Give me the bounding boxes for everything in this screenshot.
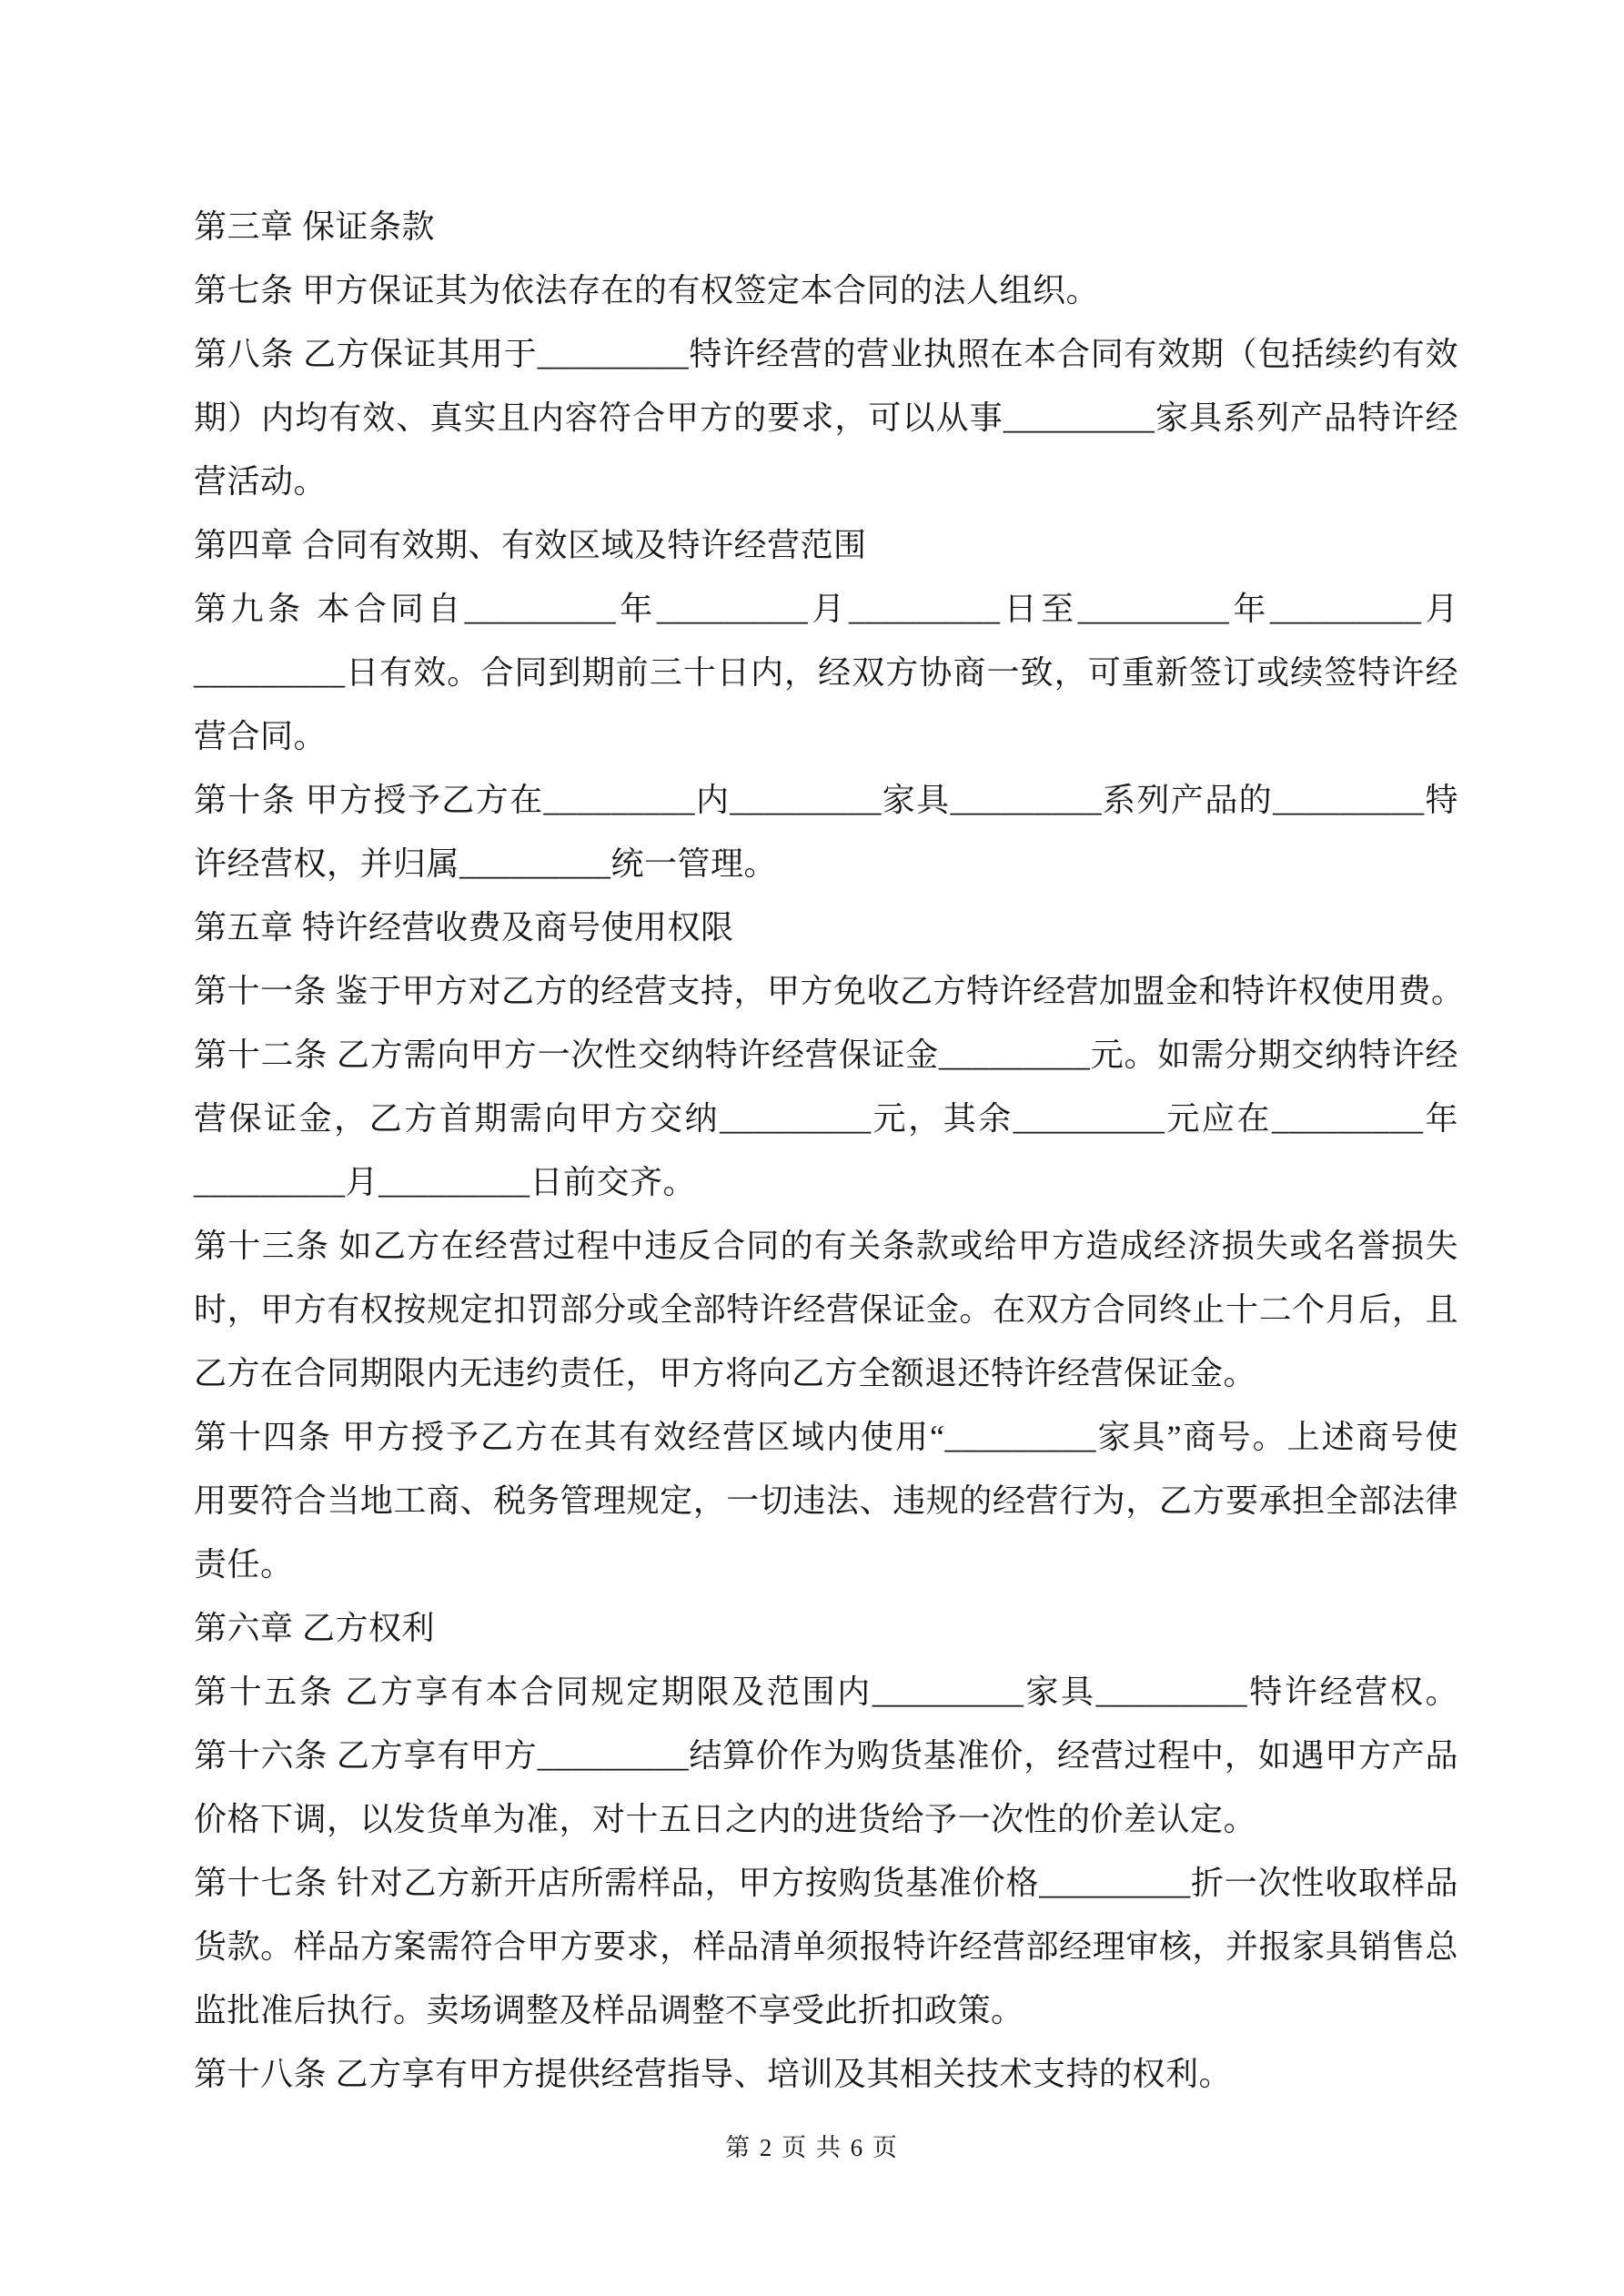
clause-line: 第十八条 乙方享有甲方提供经营指导、培训及其相关技术支持的权利。 — [194, 2042, 1458, 2106]
clause-line: 责任。 — [194, 1532, 1458, 1596]
clause-line: 货款。样品方案需符合甲方要求，样品清单须报特许经营部经理审核，并报家具销售总 — [194, 1915, 1458, 1978]
clause-line: 第十三条 如乙方在经营过程中违反合同的有关条款或给甲方造成经济损失或名誉损失 — [194, 1214, 1458, 1278]
clause-line: 第十七条 针对乙方新开店所需样品，甲方按购货基准价格_________折一次性收… — [194, 1851, 1458, 1915]
clause-line: 营活动。 — [194, 450, 1458, 513]
clause-line: 价格下调，以发货单为准，对十五日之内的进货给予一次性的价差认定。 — [194, 1787, 1458, 1851]
chapter-heading: 第三章 保证条款 — [194, 195, 1458, 258]
clause-line: 第九条 本合同自_________年_________月_________日至_… — [194, 577, 1458, 641]
clause-line: 时，甲方有权按规定扣罚部分或全部特许经营保证金。在双方合同终止十二个月后，且 — [194, 1278, 1458, 1341]
chapter-heading: 第四章 合同有效期、有效区域及特许经营范围 — [194, 513, 1458, 577]
clause-line: 第十一条 鉴于甲方对乙方的经营支持，甲方免收乙方特许经营加盟金和特许权使用费。 — [194, 959, 1458, 1023]
clause-line: 用要符合当地工商、税务管理规定，一切违法、违规的经营行为，乙方要承担全部法律 — [194, 1469, 1458, 1532]
clause-line: 监批准后执行。卖场调整及样品调整不享受此折扣政策。 — [194, 1978, 1458, 2042]
clause-line: _________日有效。合同到期前三十日内，经双方协商一致，可重新签订或续签特… — [194, 641, 1458, 704]
clause-line: 第十二条 乙方需向甲方一次性交纳特许经营保证金_________元。如需分期交纳… — [194, 1023, 1458, 1087]
clause-line: 营合同。 — [194, 704, 1458, 768]
clause-line: 乙方在合同期限内无违约责任，甲方将向乙方全额退还特许经营保证金。 — [194, 1341, 1458, 1405]
clause-line: 第十四条 甲方授予乙方在其有效经营区域内使用“_________家具”商号。上述… — [194, 1405, 1458, 1469]
chapter-heading: 第五章 特许经营收费及商号使用权限 — [194, 895, 1458, 959]
clause-line: 第八条 乙方保证其用于_________特许经营的营业执照在本合同有效期（包括续… — [194, 322, 1458, 386]
clause-line: 第十条 甲方授予乙方在_________内_________家具________… — [194, 768, 1458, 832]
clause-line: 第十五条 乙方享有本合同规定期限及范围内_________家具_________… — [194, 1660, 1458, 1724]
clause-line: 第十六条 乙方享有甲方_________结算价作为购货基准价，经营过程中，如遇甲… — [194, 1724, 1458, 1787]
page-number-footer: 第 2 页 共 6 页 — [0, 2128, 1624, 2168]
contract-page: 第三章 保证条款 第七条 甲方保证其为依法存在的有权签定本合同的法人组织。 第八… — [0, 0, 1624, 2296]
clause-line: _________月_________日前交齐。 — [194, 1150, 1458, 1214]
clause-line: 许经营权，并归属_________统一管理。 — [194, 832, 1458, 895]
clause-line: 第七条 甲方保证其为依法存在的有权签定本合同的法人组织。 — [194, 258, 1458, 322]
chapter-heading: 第六章 乙方权利 — [194, 1596, 1458, 1660]
contract-body: 第三章 保证条款 第七条 甲方保证其为依法存在的有权签定本合同的法人组织。 第八… — [194, 195, 1458, 2106]
clause-line: 期）内均有效、真实且内容符合甲方的要求，可以从事_________家具系列产品特… — [194, 386, 1458, 450]
clause-line: 营保证金，乙方首期需向甲方交纳_________元，其余_________元应在… — [194, 1087, 1458, 1150]
